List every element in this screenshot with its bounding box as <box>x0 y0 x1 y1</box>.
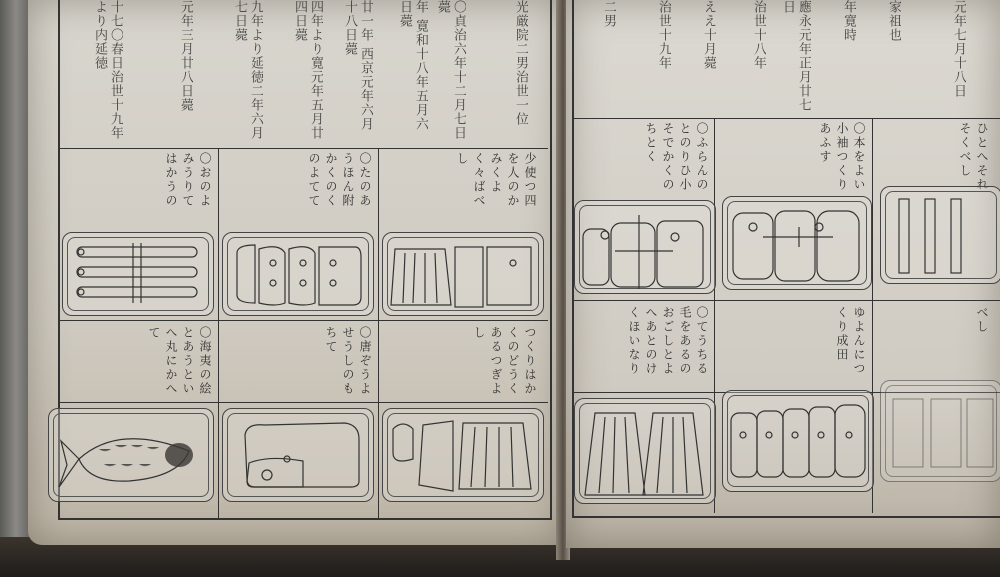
caption: 〇ふらんのとのりひ小そでかくのちとく <box>580 122 710 192</box>
illustration-tied-bundle <box>574 200 716 294</box>
caption: 〇本をよい小袖つくりあふす <box>722 122 867 192</box>
divider <box>58 148 548 149</box>
header-col: 家祖也 <box>861 0 901 118</box>
garment-icon <box>383 233 543 315</box>
header-col: 九年より延徳二年六月七日薨 <box>203 0 263 145</box>
header-col: 應永元年正月廿七日 <box>771 0 811 118</box>
illustration-round-cushions <box>222 232 374 316</box>
illustration-rolled-scrolls <box>62 232 214 316</box>
rolls-icon <box>723 391 873 491</box>
caption: 〇唐ぞうよせうしのもちて <box>228 326 373 398</box>
caption: ゆよんにつくり成田 <box>722 306 867 378</box>
illustration-hakama-garments <box>382 232 544 316</box>
divider <box>378 148 379 518</box>
caption: ひとへそれそくべし <box>880 122 990 192</box>
illustration-tied-bundle-2 <box>722 196 872 290</box>
garment-icon <box>383 409 543 501</box>
header-col: 治世十八年 <box>721 0 766 118</box>
bundle-icon <box>575 201 715 293</box>
divider <box>58 320 548 321</box>
header-col: 治世十九年 <box>621 0 671 118</box>
divider <box>218 148 219 518</box>
divider <box>572 300 1000 301</box>
illustration-stacked-rolls <box>722 390 874 492</box>
cushions-icon <box>223 233 373 315</box>
header-col: 元年七月十八日 <box>906 0 966 118</box>
caption: べし <box>880 306 990 366</box>
garment-icon <box>881 381 1000 481</box>
header-col: ええ十月薨 <box>676 0 716 118</box>
header-col: 十七〇春日治世十九年より内延徳 <box>68 0 123 145</box>
hakama-icon <box>575 399 715 503</box>
caption: 〇てうちる毛をあるのおごしとよへあとのけくほいなり <box>580 306 710 388</box>
divider <box>572 118 1000 119</box>
illustration-faded-garments <box>880 380 1000 482</box>
right-page: 二男 治世十九年 ええ十月薨 治世十八年 應永元年正月廿七日 年寛時 家祖也 元… <box>566 0 1000 548</box>
left-page: 光厳院二男治世一位 〇貞治六年十二月七日薨 年 寛和十八年五月六日薨 廿一年 西… <box>28 0 563 545</box>
header-col: 二男 <box>576 0 616 118</box>
header-col: 光厳院二男治世一位 <box>468 0 528 145</box>
header-col: 年寛時 <box>816 0 856 118</box>
caption: 少使つ四を人のかみくよく々ばべし <box>388 152 538 220</box>
caption: 〇おのよみうりてはかうの <box>68 152 213 220</box>
fish-icon <box>49 409 213 501</box>
header-col: 〇貞治六年十二月七日薨 <box>438 0 466 145</box>
divider <box>58 402 548 403</box>
sticks-icon <box>881 187 1000 283</box>
caption: つくりはかくのどうくあるつぎよし <box>388 326 538 398</box>
illustration-folded-garments <box>382 408 544 502</box>
illustration-hakama-pair <box>574 398 716 504</box>
caption: 〇たのあうほん附かくのくのよてて <box>228 152 373 220</box>
illustration-bag <box>222 408 374 502</box>
header-col: 年 寛和十八年五月六日薨 <box>378 0 428 145</box>
header-col: 廿一年 西京元年六月十八日薨 <box>328 0 373 145</box>
scroll-rolls-icon <box>63 233 213 315</box>
header-col: 元年三月廿八日薨 <box>128 0 193 145</box>
bag-icon <box>223 409 373 501</box>
illustration-fish <box>48 408 214 502</box>
illustration-tall-sticks <box>880 186 1000 284</box>
header-col: 四年より寛元年五月廿四日薨 <box>273 0 323 145</box>
caption: 〇海夷の絵とあうといへ丸にかへて <box>68 326 213 398</box>
bundle-icon <box>723 197 871 289</box>
